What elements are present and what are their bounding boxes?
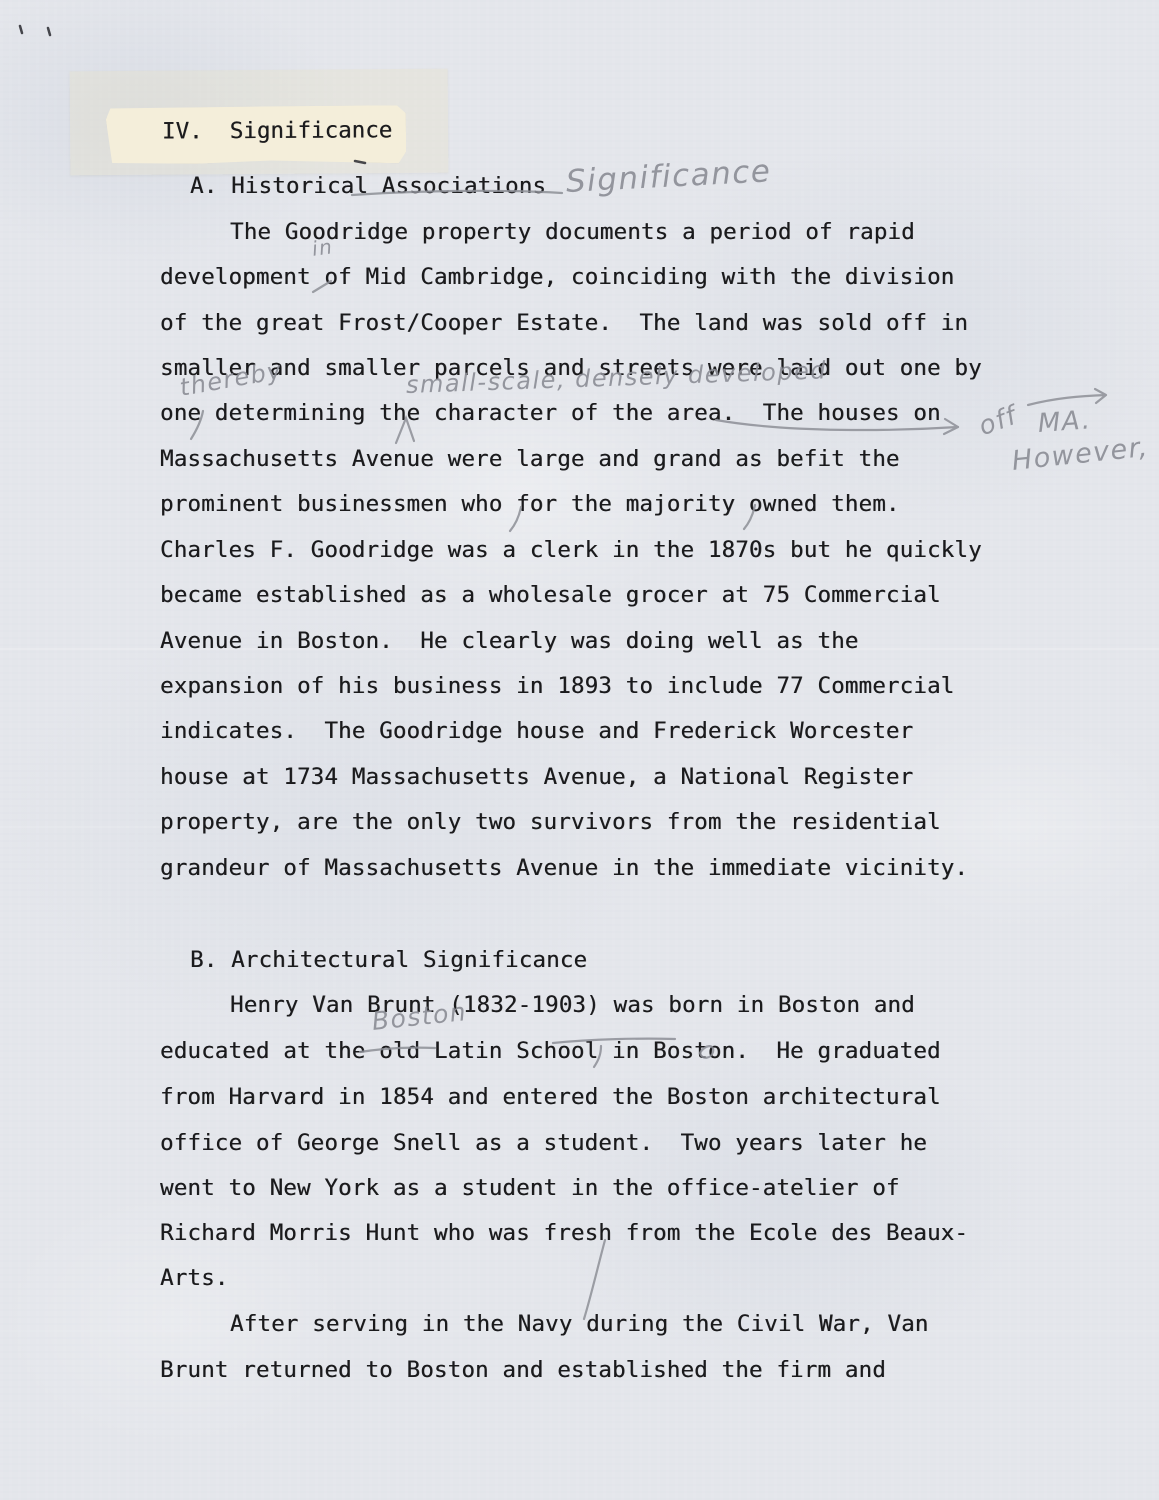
typed-line: from Harvard in 1854 and entered the Bos…	[160, 1084, 941, 1110]
ink-speck-topleft-1	[20, 26, 22, 33]
typed-line: Arts.	[160, 1265, 228, 1291]
typed-line: became established as a wholesale grocer…	[160, 582, 941, 608]
typed-line: one determining the character of the are…	[160, 400, 941, 426]
typed-line: property, are the only two survivors fro…	[160, 809, 941, 835]
typed-line: Avenue in Boston. He clearly was doing w…	[160, 628, 859, 654]
typed-line: educated at the old Latin School in Bost…	[160, 1038, 941, 1064]
typed-line: Brunt returned to Boston and established…	[160, 1357, 886, 1383]
handwritten-note: in	[310, 234, 334, 261]
typed-line: After serving in the Navy during the Civ…	[230, 1311, 929, 1337]
pasted-title-label: IV. Significance	[106, 105, 406, 165]
handwritten-note: Significance	[565, 153, 772, 200]
typed-line: expansion of his business in 1893 to inc…	[160, 673, 954, 699]
pencil-slash-navy-during	[584, 1240, 605, 1319]
section-heading: B. Architectural Significance	[190, 947, 587, 973]
handwritten-note: off	[975, 401, 1022, 442]
pencil-arrowhead-margin	[944, 419, 958, 434]
typed-line: Richard Morris Hunt who was fresh from t…	[160, 1220, 968, 1246]
typed-line: office of George Snell as a student. Two…	[160, 1130, 927, 1156]
paper-background: IV. Significance A. Historical Associati…	[0, 0, 1159, 1500]
typed-line: Charles F. Goodridge was a clerk in the …	[160, 537, 982, 563]
typed-line: house at 1734 Massachusetts Avenue, a Na…	[160, 764, 913, 790]
handwritten-note: MA.	[1037, 405, 1092, 439]
scanned-document-page: { "page": { "label_title": "IV. Signific…	[0, 0, 1159, 1500]
typed-line: development of Mid Cambridge, coinciding…	[160, 264, 954, 290]
typed-line: went to New York as a student in the off…	[160, 1175, 900, 1201]
section-heading: A. Historical Associations	[190, 173, 546, 199]
pencil-arrow-above-ma	[1028, 389, 1106, 405]
typed-line: Henry Van Brunt (1832-1903) was born in …	[230, 992, 915, 1018]
typed-line: The Goodridge property documents a perio…	[230, 219, 915, 245]
typed-line: prominent businessmen who for the majori…	[160, 491, 900, 517]
typed-line: of the great Frost/Cooper Estate. The la…	[160, 310, 968, 336]
typed-line: indicates. The Goodridge house and Frede…	[160, 718, 913, 744]
ink-speck-topleft-2	[48, 28, 50, 35]
typed-line: grandeur of Massachusetts Avenue in the …	[160, 855, 968, 881]
typed-line: Massachusetts Avenue were large and gran…	[160, 446, 900, 472]
section-title: IV. Significance	[162, 117, 392, 144]
handwritten-note: However,	[1010, 432, 1150, 477]
